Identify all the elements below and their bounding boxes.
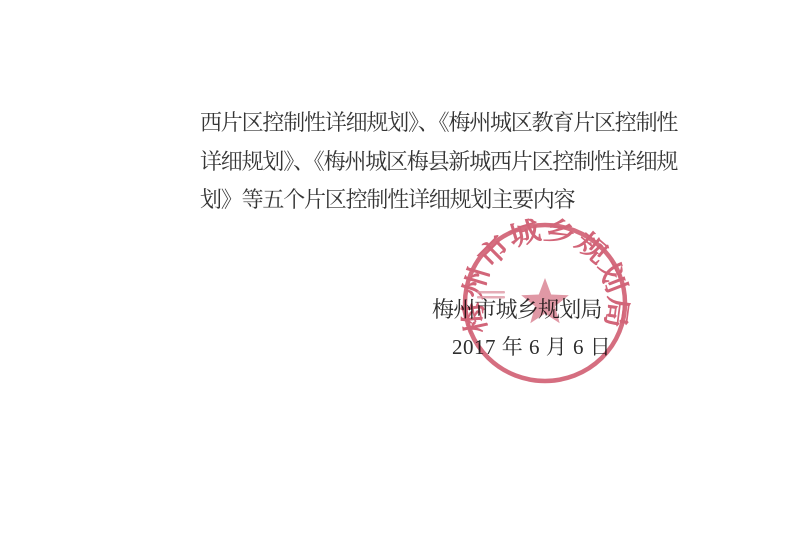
body-text-line-3: 划》等五个片区控制性详细规划主要内容: [200, 189, 574, 211]
body-text-line-1: 西片区控制性详细规划》、《梅州城区教育片区控制性: [200, 112, 677, 134]
signature-org-name: 梅州市城乡规划局: [432, 299, 602, 321]
signature-date: 2017 年 6 月 6 日: [452, 337, 611, 358]
document-page: 西片区控制性详细规划》、《梅州城区教育片区控制性 详细规划》、《梅州城区梅县新城…: [0, 0, 792, 539]
body-text-line-2: 详细规划》、《梅州城区梅县新城西片区控制性详细规: [200, 151, 677, 173]
